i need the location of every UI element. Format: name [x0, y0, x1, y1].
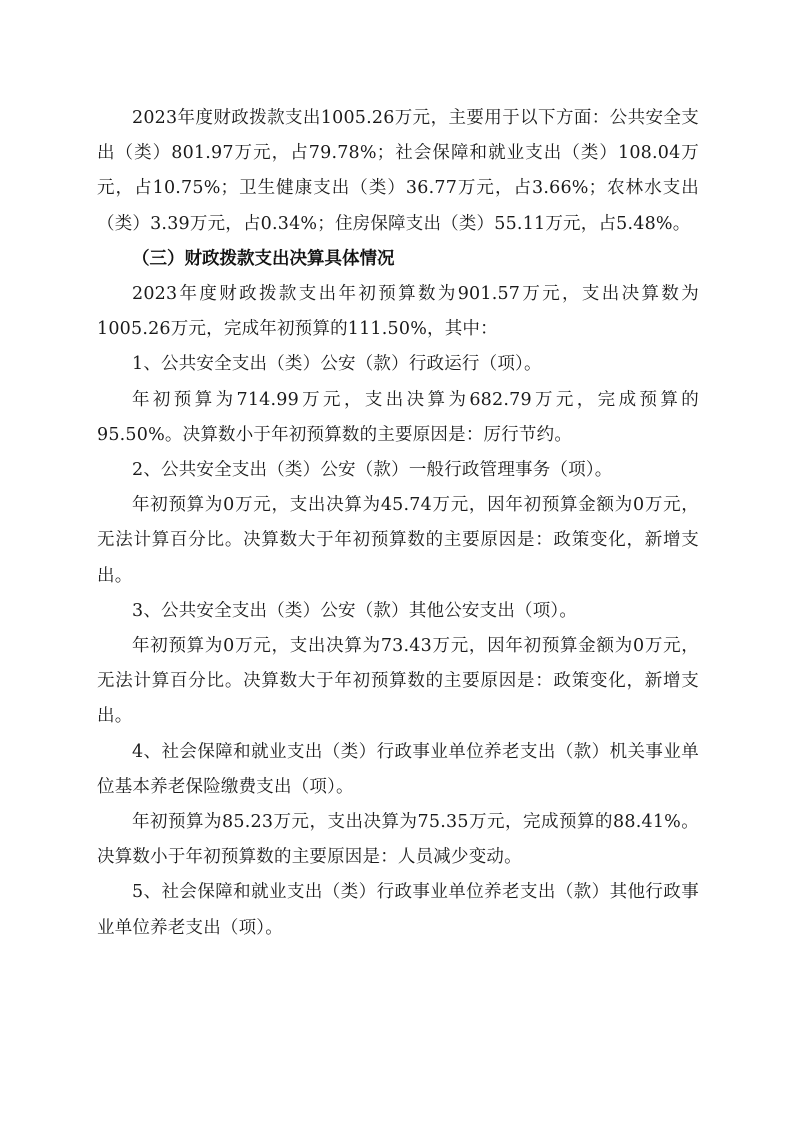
item-3-detail: 年初预算为0万元，支出决算为73.43万元，因年初预算金额为0万元，无法计算百分…: [97, 629, 699, 735]
document-page: 2023年度财政拨款支出1005.26万元，主要用于以下方面：公共安全支出（类）…: [97, 101, 699, 946]
item-5-title: 5、社会保障和就业支出（类）行政事业单位养老支出（款）其他行政事业单位养老支出（…: [97, 875, 699, 945]
item-1-title: 1、公共安全支出（类）公安（款）行政运行（项）。: [97, 347, 699, 382]
item-1-detail: 年初预算为714.99万元，支出决算为682.79万元，完成预算的95.50%。…: [97, 383, 699, 453]
item-2-title: 2、公共安全支出（类）公安（款）一般行政管理事务（项）。: [97, 453, 699, 488]
item-3-title: 3、公共安全支出（类）公安（款）其他公安支出（项）。: [97, 594, 699, 629]
item-4-detail: 年初预算为85.23万元，支出决算为75.35万元，完成预算的88.41%。决算…: [97, 805, 699, 875]
item-4-title: 4、社会保障和就业支出（类）行政事业单位养老支出（款）机关事业单位基本养老保险缴…: [97, 735, 699, 805]
expenditure-summary-paragraph: 2023年度财政拨款支出1005.26万元，主要用于以下方面：公共安全支出（类）…: [97, 101, 699, 242]
item-2-detail: 年初预算为0万元，支出决算为45.74万元，因年初预算金额为0万元，无法计算百分…: [97, 488, 699, 594]
section-heading: （三）财政拨款支出决算具体情况: [97, 242, 699, 277]
section-intro-paragraph: 2023年度财政拨款支出年初预算数为901.57万元，支出决算数为1005.26…: [97, 277, 699, 347]
